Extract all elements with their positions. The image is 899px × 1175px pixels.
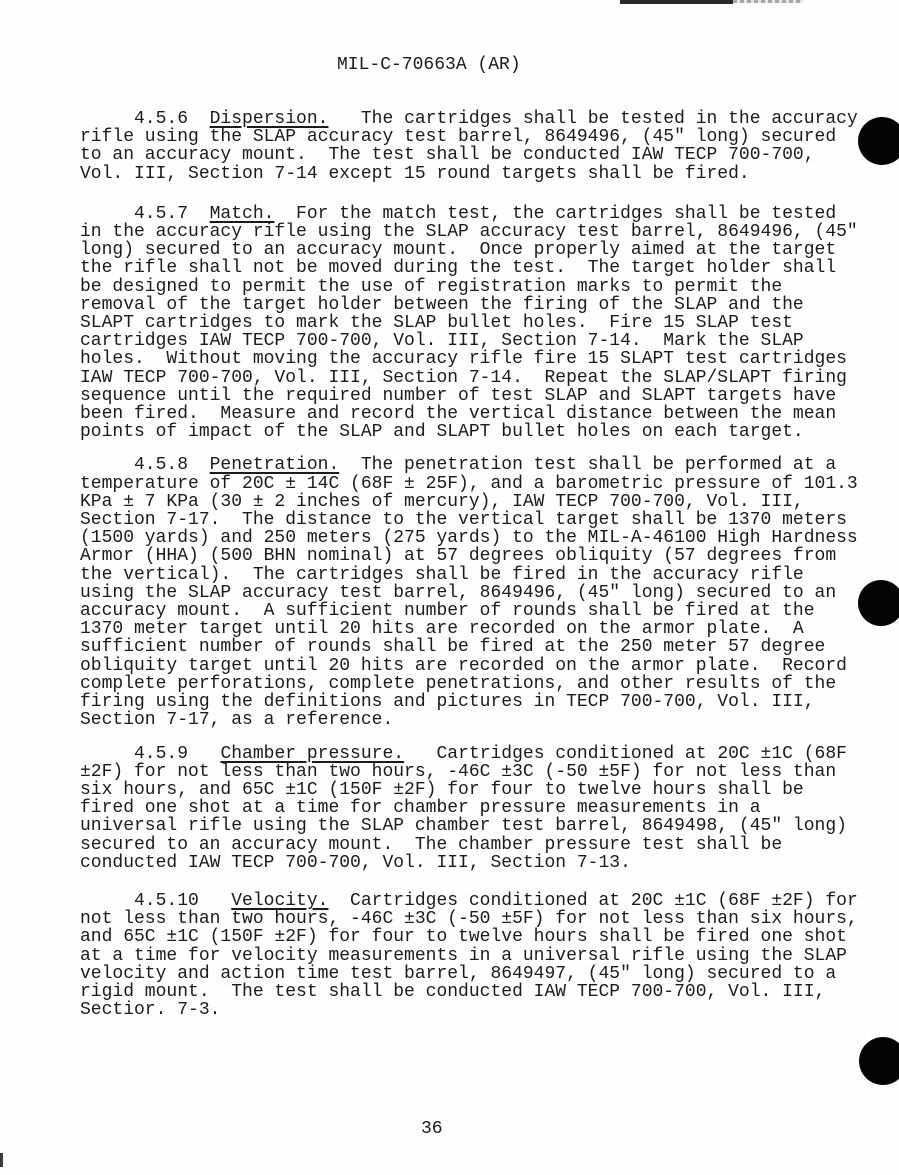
section-4-5-7-match: 4.5.7 Match. For the match test, the car… — [80, 205, 858, 442]
scan-streak-fade-mark — [733, 0, 803, 3]
section-text: Cartridges conditioned at 20C ±1C (68F ±… — [80, 744, 847, 873]
section-text: The penetration test shall be performed … — [80, 455, 858, 730]
section-number: 4.5.6 — [80, 109, 210, 129]
page-number: 36 — [421, 1119, 443, 1139]
section-heading: Match. — [210, 204, 275, 224]
section-number: 4.5.9 — [80, 744, 220, 764]
section-text: For the match test, the cartridges shall… — [80, 204, 858, 442]
punch-hole-mark-bottom — [859, 1037, 899, 1085]
section-4-5-10-velocity: 4.5.10 Velocity. Cartridges conditioned … — [80, 892, 858, 1019]
scan-streak-mark — [620, 0, 733, 4]
section-4-5-9-chamber-pressure: 4.5.9 Chamber pressure. Cartridges condi… — [80, 745, 858, 872]
document-id-header: MIL-C-70663A (AR) — [337, 55, 521, 75]
section-4-5-6-dispersion: 4.5.6 Dispersion. The cartridges shall b… — [80, 110, 858, 183]
section-number: 4.5.7 — [80, 204, 210, 224]
section-4-5-8-penetration: 4.5.8 Penetration. The penetration test … — [80, 456, 858, 729]
punch-hole-mark-top — [858, 117, 899, 165]
section-heading: Penetration. — [210, 455, 340, 475]
section-heading: Dispersion. — [210, 109, 329, 129]
section-number: 4.5.8 — [80, 455, 210, 475]
section-heading: Velocity. — [231, 891, 328, 911]
section-heading: Chamber pressure. — [220, 744, 404, 764]
punch-hole-mark-middle — [858, 580, 899, 626]
section-number: 4.5.10 — [80, 891, 231, 911]
section-text: Cartridges conditioned at 20C ±1C (68F ±… — [80, 891, 858, 1020]
document-body: 4.5.6 Dispersion. The cartridges shall b… — [80, 110, 858, 1019]
scan-edge-mark — [0, 1153, 3, 1167]
